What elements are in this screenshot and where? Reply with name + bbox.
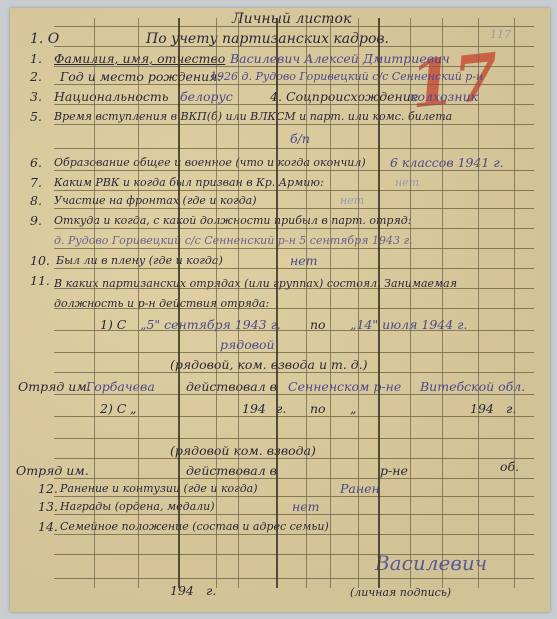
field-1-value: Василевич Алексей Дмитриевич [230,52,450,66]
field-14-number: 14. [38,520,58,534]
ruled-column [378,18,380,588]
field-10-value: нет [290,254,317,268]
entry-2-year: 194 [242,402,266,416]
field-9-number: 9. [30,214,42,228]
field-5-label: Время вступления в ВКП(б) или ВЛКСМ и па… [54,110,452,124]
field-6-number: 6. [30,156,42,170]
ruled-line [54,288,534,289]
ruled-line [54,268,534,269]
unit-region: Витебской обл. [420,380,525,394]
field-5-number: 5. [30,110,42,124]
ruled-line [54,534,534,535]
field-3-number: 3. [30,90,42,104]
ruled-line [54,248,534,249]
field-4-value: колхозник [410,90,478,104]
ruled-line [54,26,534,27]
ruled-line [54,308,534,309]
unit-prefix-2: Отряд им. [16,464,89,478]
ruled-line [54,228,534,229]
ruled-column [94,18,95,588]
district-suffix: р-не [380,464,408,478]
field-12-value: Ранен [340,482,380,496]
field-8-label: Участие на фронтах (где и когда) [54,194,257,208]
signature: Василевич [375,556,487,570]
field-6-label: Образование общее и военное (что и когда… [54,156,366,170]
ruled-line [54,496,534,497]
ruled-line [54,84,534,85]
entry-2-prefix: 2) С [100,402,126,416]
ruled-line [54,514,534,515]
unit-district: Сенненском р-не [288,380,401,394]
region-suffix: об. [500,460,519,474]
ruled-column [330,18,331,588]
field-2-label: Год и место рождения: [60,70,222,84]
signature-hint: (личная подпись) [350,586,451,600]
field-7-number: 7. [30,176,42,190]
field-8-value: нет [340,194,364,208]
field-1-number: 1. [30,52,42,66]
date-year: 194 [170,584,194,598]
field-12-number: 12. [38,482,58,496]
ruled-column [216,18,217,588]
field-1-label: Фамилия, имя, отчество [54,52,225,66]
field-8-number: 8. [30,194,42,208]
field-12-label: Ранение и контузии (где и когда) [60,482,258,496]
ruled-column [238,18,239,588]
ruled-line [54,554,534,555]
archive-number: 117 [490,28,511,42]
ruled-column [478,18,479,588]
field-3-value: белорус [180,90,233,104]
ruled-line [54,66,534,67]
record-card: 17 117 Личный листок 1. О По учету парти… [10,8,550,612]
ruled-line [54,458,534,459]
ruled-line [54,372,534,373]
document-title: Личный листок [232,12,351,26]
acted-label-2: действовал в [186,464,277,478]
ruled-line [54,124,534,125]
field-13-number: 13. [38,500,58,514]
date-g: г. [206,584,216,598]
entry-2-quote2: „ [350,402,356,416]
entry-2-quote: „ [130,402,136,416]
ruled-column [410,18,411,588]
ruled-line [54,46,534,47]
field-3-label: Национальность [54,90,169,104]
ruled-line [54,104,534,105]
position-hint: (рядовой, ком. взвода и т. д.) [170,358,368,372]
field-11-number: 11. [30,274,50,288]
ruled-line [54,394,534,395]
ruled-line [54,578,534,579]
field-14-label: Семейное положение (состав и адрес семьи… [60,520,329,534]
unit-name: Горбачева [86,380,155,394]
ruled-column [306,18,307,588]
document-subtitle: По учету партизанских кадров. [146,32,389,46]
ruled-column [138,18,139,588]
ruled-line [54,170,534,171]
field-2-number: 2. [30,70,42,84]
field-10-label: Был ли в плену (где и когда) [56,254,223,268]
ruled-line [54,438,534,439]
field-10-number: 10. [30,254,50,268]
ruled-column [514,18,515,588]
ruled-column [442,18,443,588]
ruled-line [54,352,534,353]
ruled-line [54,190,534,191]
section-number: 1. О [30,32,59,46]
ruled-line [54,208,534,209]
ruled-line [54,330,534,331]
position-hint-2: (рядовой ком. взвода) [170,444,316,458]
ruled-column [276,18,278,588]
entry-1-position: рядовой [220,338,275,352]
ruled-column [178,18,180,588]
ruled-line [54,416,534,417]
ruled-line [54,478,534,479]
field-7-value: нет [395,176,419,190]
entry-2-year2: 194 [470,402,494,416]
acted-label: действовал в [186,380,277,394]
field-6-value: 6 классов 1941 г. [390,156,504,170]
ruled-line [54,148,534,149]
unit-prefix: Отряд им. [18,380,91,394]
ruled-column [358,18,359,588]
entry-2-to: по [310,402,326,416]
